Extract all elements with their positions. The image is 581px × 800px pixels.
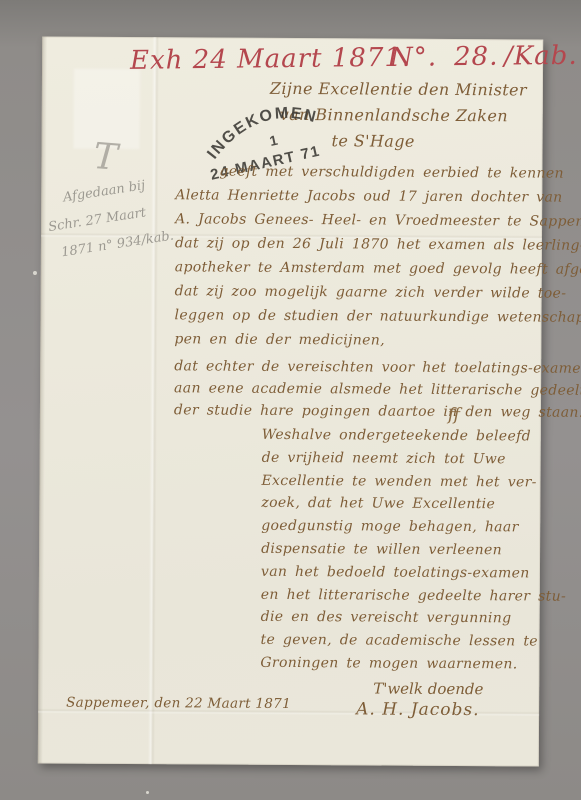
letter-line: apotheker te Amsterdam met goed gevolg h… [175,255,581,282]
body-paragraph-2: dat echter de vereischten voor het toela… [174,355,581,424]
letter-line: Weshalve ondergeteekende beleefd [262,424,567,449]
letter-line: Aletta Henriette Jacobs oud 17 jaren doc… [175,183,581,210]
letter-line: van het bedoeld toelatings-examen [261,561,566,586]
letter-line: der studie hare pogingen daartoe in den … [174,399,581,424]
pencil-annotation: Afgedaan bij Schr. 27 Maart 1871 n° 934/… [49,169,175,266]
dust-speck [33,271,37,275]
letter-line: en het litterarische gedeelte harer stu- [261,583,566,608]
letter-line: goedgunstig moge behagen, haar [261,515,566,540]
letter-line: die en des vereischt vergunning [261,606,566,631]
registry-exhibitum: Exh 24 Maart 1871. [130,43,412,76]
place-dateline: Sappemeer, den 22 Maart 1871 [66,695,291,712]
letter-line: Groningen te mogen waarnemen. [260,652,565,677]
scan-background: Exh 24 Maart 1871. N°. 28. /Kab. Zijne E… [0,0,581,800]
paper-edge-shading [38,36,47,763]
letter-line: de vrijheid neemt zich tot Uwe [262,447,567,472]
closing-formula: T'welk doende [373,680,483,699]
letter-line: dat zij op den 26 Juli 1870 het examen a… [175,231,581,258]
stamp-bureau-number: 1 [268,132,279,149]
letter-line: A. Jacobs Genees- Heel- en Vroedmeester … [175,207,581,234]
letter-paper: Exh 24 Maart 1871. N°. 28. /Kab. Zijne E… [38,36,543,766]
signature: A. H. Jacobs. [356,699,480,720]
letter-line: Excellentie te wenden met het ver- [261,469,566,494]
dust-speck [146,791,149,794]
ink-flourish: ff [448,405,460,425]
body-paragraph-1: geeft met verschuldigden eerbied te kenn… [174,159,581,354]
letter-line: dat echter de vereischten voor het toela… [174,355,581,380]
pencil-cross-mark: T [92,136,119,179]
letter-line: leggen op de studien der natuurkundige w… [174,303,581,330]
letter-line: dat zij zoo mogelijk gaarne zich verder … [175,279,581,306]
registry-department: /Kab. [504,41,578,72]
letter-line: dispensatie te willen verleenen [261,538,566,563]
letter-line: te geven, de academische lessen te [260,629,565,654]
letter-line: zoek, dat het Uwe Excellentie [261,492,566,517]
letter-line: geeft met verschuldigden eerbied te kenn… [175,159,581,186]
registry-number: 28. [454,42,499,73]
registry-number-label: N°. [390,42,437,73]
letter-line: aan eene academie alsmede het litteraris… [174,377,581,402]
vertical-fold-crease [148,37,159,764]
letter-line: pen en die der medicijnen, [174,327,581,354]
body-paragraph-3: Weshalve ondergeteekende beleefd de vrij… [260,424,567,677]
